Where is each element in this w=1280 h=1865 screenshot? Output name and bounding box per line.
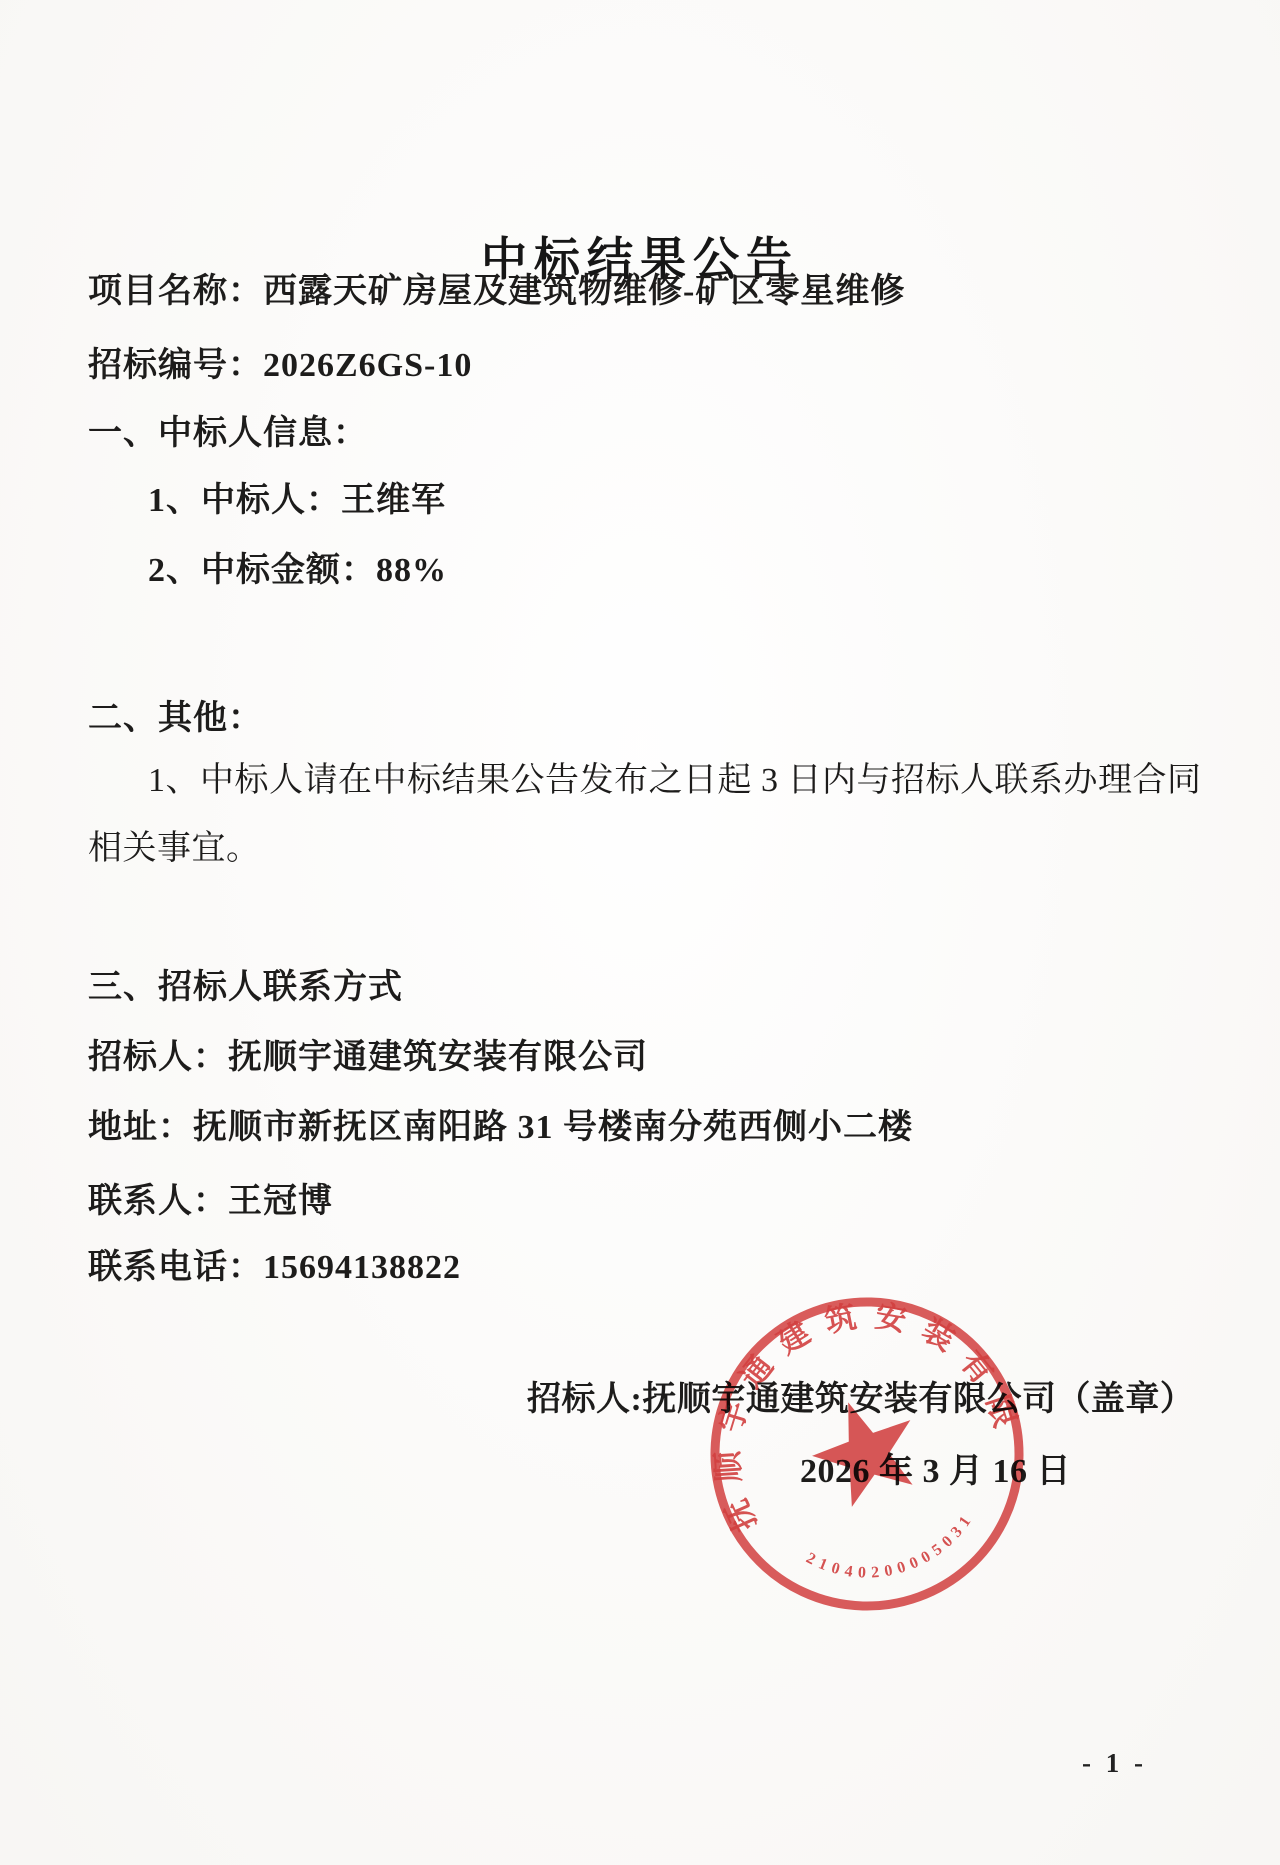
project-name-label: 项目名称： bbox=[88, 273, 263, 310]
tenderer-label: 招标人： bbox=[88, 1039, 228, 1076]
bid-number-label: 招标编号： bbox=[88, 347, 263, 384]
project-name-value: 西露天矿房屋及建筑物维修-矿区零星维修 bbox=[263, 273, 905, 310]
page-number: - 1 - bbox=[1082, 1748, 1147, 1779]
contact-person-label: 联系人： bbox=[88, 1183, 228, 1220]
contact-phone-label: 联系电话： bbox=[88, 1249, 263, 1286]
project-name-line: 项目名称：西露天矿房屋及建筑物维修-矿区零星维修 bbox=[88, 272, 905, 311]
bid-number-value: 2026Z6GS-10 bbox=[263, 347, 472, 384]
signature-date: 2026 年 3 月 16 日 bbox=[800, 1452, 1071, 1491]
notice-paragraph-line-1: 1、中标人请在中标结果公告发布之日起 3 日内与招标人联系办理合同 bbox=[148, 761, 1202, 800]
section-3-heading: 三、招标人联系方式 bbox=[88, 968, 403, 1007]
winner-line: 1、中标人：王维军 bbox=[148, 481, 446, 520]
contact-phone-value: 15694138822 bbox=[263, 1249, 461, 1286]
notice-paragraph-line-2: 相关事宜。 bbox=[88, 829, 261, 868]
address-value: 抚顺市新抚区南阳路 31 号楼南分苑西侧小二楼 bbox=[193, 1109, 913, 1146]
contact-person-value: 王冠博 bbox=[228, 1183, 333, 1220]
winner-value: 王维军 bbox=[341, 482, 446, 519]
award-amount-value: 88% bbox=[376, 552, 447, 589]
contact-person-line: 联系人：王冠博 bbox=[88, 1182, 333, 1221]
tenderer-value: 抚顺宇通建筑安装有限公司 bbox=[228, 1039, 648, 1076]
signature-line: 招标人:抚顺宇通建筑安装有限公司（盖章） bbox=[527, 1380, 1194, 1419]
award-amount-line: 2、中标金额：88% bbox=[148, 551, 447, 590]
tenderer-line: 招标人：抚顺宇通建筑安装有限公司 bbox=[88, 1038, 648, 1077]
section-2-heading: 二、其他： bbox=[88, 699, 263, 738]
address-label: 地址： bbox=[88, 1109, 193, 1146]
document-page: 中标结果公告 项目名称：西露天矿房屋及建筑物维修-矿区零星维修 招标编号：202… bbox=[0, 0, 1280, 1865]
award-amount-label: 2、中标金额： bbox=[148, 552, 376, 589]
bid-number-line: 招标编号：2026Z6GS-10 bbox=[88, 346, 472, 385]
seal-code: 21040200005031 bbox=[799, 1494, 983, 1607]
address-line: 地址：抚顺市新抚区南阳路 31 号楼南分苑西侧小二楼 bbox=[88, 1108, 913, 1147]
contact-phone-line: 联系电话：15694138822 bbox=[88, 1248, 461, 1287]
section-1-heading: 一、中标人信息： bbox=[88, 414, 368, 453]
winner-label: 1、中标人： bbox=[148, 482, 341, 519]
